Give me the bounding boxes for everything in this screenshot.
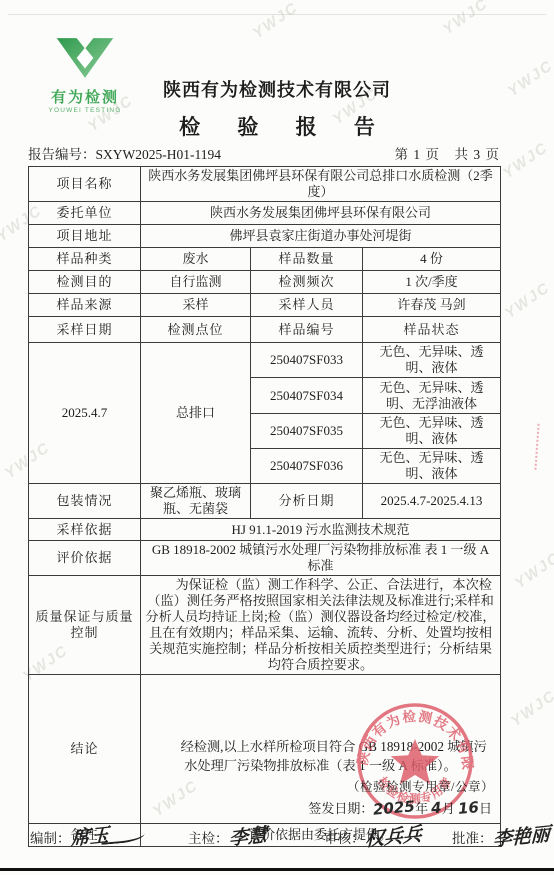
logo-w-icon — [53, 34, 117, 80]
seal-note: （检验检测专用章/公章） — [347, 779, 494, 795]
watermark: YWJC — [512, 549, 554, 592]
sample-state: 无色、无异味、透明、液体 — [363, 449, 501, 484]
reviewed-by: 审核：权兵兵 — [324, 822, 422, 849]
source-label: 样品来源 — [29, 294, 141, 317]
signature-flourish — [100, 829, 145, 845]
report-title: 检 验 报 告 — [0, 111, 554, 141]
watermark: YWJC — [500, 139, 552, 182]
company-logo: 有为检测 YOUWEI TESTING — [42, 34, 128, 114]
sample-state: 无色、无异味、透明、液体 — [363, 414, 501, 449]
red-ink-bleed — [534, 424, 545, 470]
sample-no-header: 样品编号 — [251, 317, 363, 343]
frequency-value: 1 次/季度 — [363, 271, 501, 294]
address-label: 项目地址 — [29, 225, 141, 248]
signoff-row: 编制：席玉 主检：李慧 审核：权兵兵 批准：李艳丽 — [28, 822, 528, 867]
review-signature: 权兵兵 — [364, 819, 422, 852]
page-indicator: 第 1 页 共 3 页 — [395, 143, 501, 163]
evaluation-basis-value: GB 18918-2002 城镇污水处理厂污染物排放标准 表 1 一级 A 标准 — [141, 541, 501, 576]
address-value: 佛坪县袁家庄街道办事处河堤街 — [141, 225, 501, 248]
packaging-value: 聚乙烯瓶、玻璃瓶、无菌袋 — [141, 484, 251, 519]
report-table: 项目名称 陕西水务发展集团佛坪县环保有限公司总排口水质检测（2季度） 委托单位 … — [28, 166, 501, 847]
purpose-label: 检测目的 — [29, 271, 141, 294]
table-header-row: 采样日期 检测点位 样品编号 样品状态 — [29, 317, 501, 343]
issue-date-label: 签发日期： — [308, 801, 373, 816]
report-meta: 报告编号：SXYW2025-H01-1194 第 1 页 共 3 页 — [28, 143, 500, 163]
sampling-date: 2025.4.7 — [29, 343, 141, 484]
prepared-by: 编制：席玉 — [30, 822, 145, 849]
seal-star-icon — [391, 739, 439, 784]
table-row: 评价依据 GB 18918-2002 城镇污水处理厂污染物排放标准 表 1 一级… — [29, 541, 501, 576]
sample-count-label: 样品数量 — [251, 248, 363, 271]
chief-signature: 李慧 — [228, 820, 267, 851]
table-row: 检测目的 自行监测 检测频次 1 次/季度 — [29, 271, 501, 294]
analysis-date-label: 分析日期 — [251, 484, 363, 519]
issue-day-handwritten: 16 — [457, 799, 479, 817]
issue-year-handwritten: 2025 — [373, 798, 416, 818]
table-row: 项目名称 陕西水务发展集团佛坪县环保有限公司总排口水质检测（2季度） — [29, 167, 501, 202]
packaging-label: 包装情况 — [29, 484, 141, 519]
project-name-value: 陕西水务发展集团佛坪县环保有限公司总排口水质检测（2季度） — [141, 167, 501, 202]
table-row: 包装情况 聚乙烯瓶、玻璃瓶、无菌袋 分析日期 2025.4.7-2025.4.1… — [29, 484, 501, 519]
approved-by: 批准：李艳丽 — [452, 822, 550, 849]
sample-type-value: 废水 — [141, 248, 251, 271]
approve-signature: 李艳丽 — [492, 819, 550, 852]
chief-inspector: 主检：李慧 — [188, 822, 267, 849]
sample-count-value: 4 份 — [363, 248, 501, 271]
conclusion-cell: 经检测,以上水样所检项目符合 GB 18918-2002 城镇污水处理厂污染物排… — [141, 675, 501, 824]
point-header: 检测点位 — [141, 317, 251, 343]
table-row: 委托单位 陕西水务发展集团佛坪县环保有限公司 — [29, 202, 501, 225]
watermark: YWJC — [508, 687, 554, 730]
qa-label: 质量保证与质量控制 — [29, 576, 141, 675]
bottom-rule — [0, 868, 554, 871]
sample-type-label: 样品种类 — [29, 248, 141, 271]
date-header: 采样日期 — [29, 317, 141, 343]
sampling-basis-value: HJ 91.1-2019 污水监测技术规范 — [141, 519, 501, 541]
analysis-date-value: 2025.4.7-2025.4.13 — [363, 484, 501, 519]
sampler-label: 采样人员 — [251, 294, 363, 317]
top-rule — [8, 14, 546, 15]
sample-no: 250407SF034 — [251, 378, 363, 414]
conclusion-label: 结论 — [29, 675, 141, 824]
table-row: 项目地址 佛坪县袁家庄街道办事处河堤街 — [29, 225, 501, 248]
client-label: 委托单位 — [29, 202, 141, 225]
client-value: 陕西水务发展集团佛坪县环保有限公司 — [141, 202, 501, 225]
sampler-value: 许春茂 马剑 — [363, 294, 501, 317]
sample-state: 无色、无异味、透明、无浮油液体 — [363, 378, 501, 414]
sample-state-header: 样品状态 — [363, 317, 501, 343]
watermark: YWJC — [502, 279, 554, 322]
table-row: 质量保证与质量控制 为保证检（监）测工作科学、公正、合法进行，本次检（监）测任务… — [29, 576, 501, 675]
source-value: 采样 — [141, 294, 251, 317]
sample-no: 250407SF033 — [251, 343, 363, 378]
evaluation-basis-label: 评价依据 — [29, 541, 141, 576]
issue-date-line: 签发日期：2025年 4月 16日 — [308, 800, 492, 817]
table-row: 样品来源 采样 采样人员 许春茂 马剑 — [29, 294, 501, 317]
sample-row: 2025.4.7 总排口 250407SF033 无色、无异味、透明、液体 — [29, 343, 501, 378]
table-row: 采样依据 HJ 91.1-2019 污水监测技术规范 — [29, 519, 501, 541]
sampling-basis-label: 采样依据 — [29, 519, 141, 541]
report-number: 报告编号：SXYW2025-H01-1194 — [28, 143, 221, 163]
table-row: 样品种类 废水 样品数量 4 份 — [29, 248, 501, 271]
purpose-value: 自行监测 — [141, 271, 251, 294]
watermark: YWJC — [440, 0, 492, 38]
qa-value: 为保证检（监）测工作科学、公正、合法进行，本次检（监）测任务严格按照国家相关法律… — [141, 576, 501, 675]
company-name: 陕西有为检测技术有限公司 — [0, 76, 554, 102]
conclusion-row: 结论 经检测,以上水样所检项目符合 GB 18918-2002 城镇污水处理厂污… — [29, 675, 501, 824]
issue-month-handwritten: 4 — [431, 800, 443, 817]
project-name-label: 项目名称 — [29, 167, 141, 202]
sample-no: 250407SF035 — [251, 414, 363, 449]
frequency-label: 检测频次 — [251, 271, 363, 294]
sampling-point: 总排口 — [141, 343, 251, 484]
watermark: YWJC — [250, 0, 302, 42]
sample-no: 250407SF036 — [251, 449, 363, 484]
sample-state: 无色、无异味、透明、液体 — [363, 343, 501, 378]
